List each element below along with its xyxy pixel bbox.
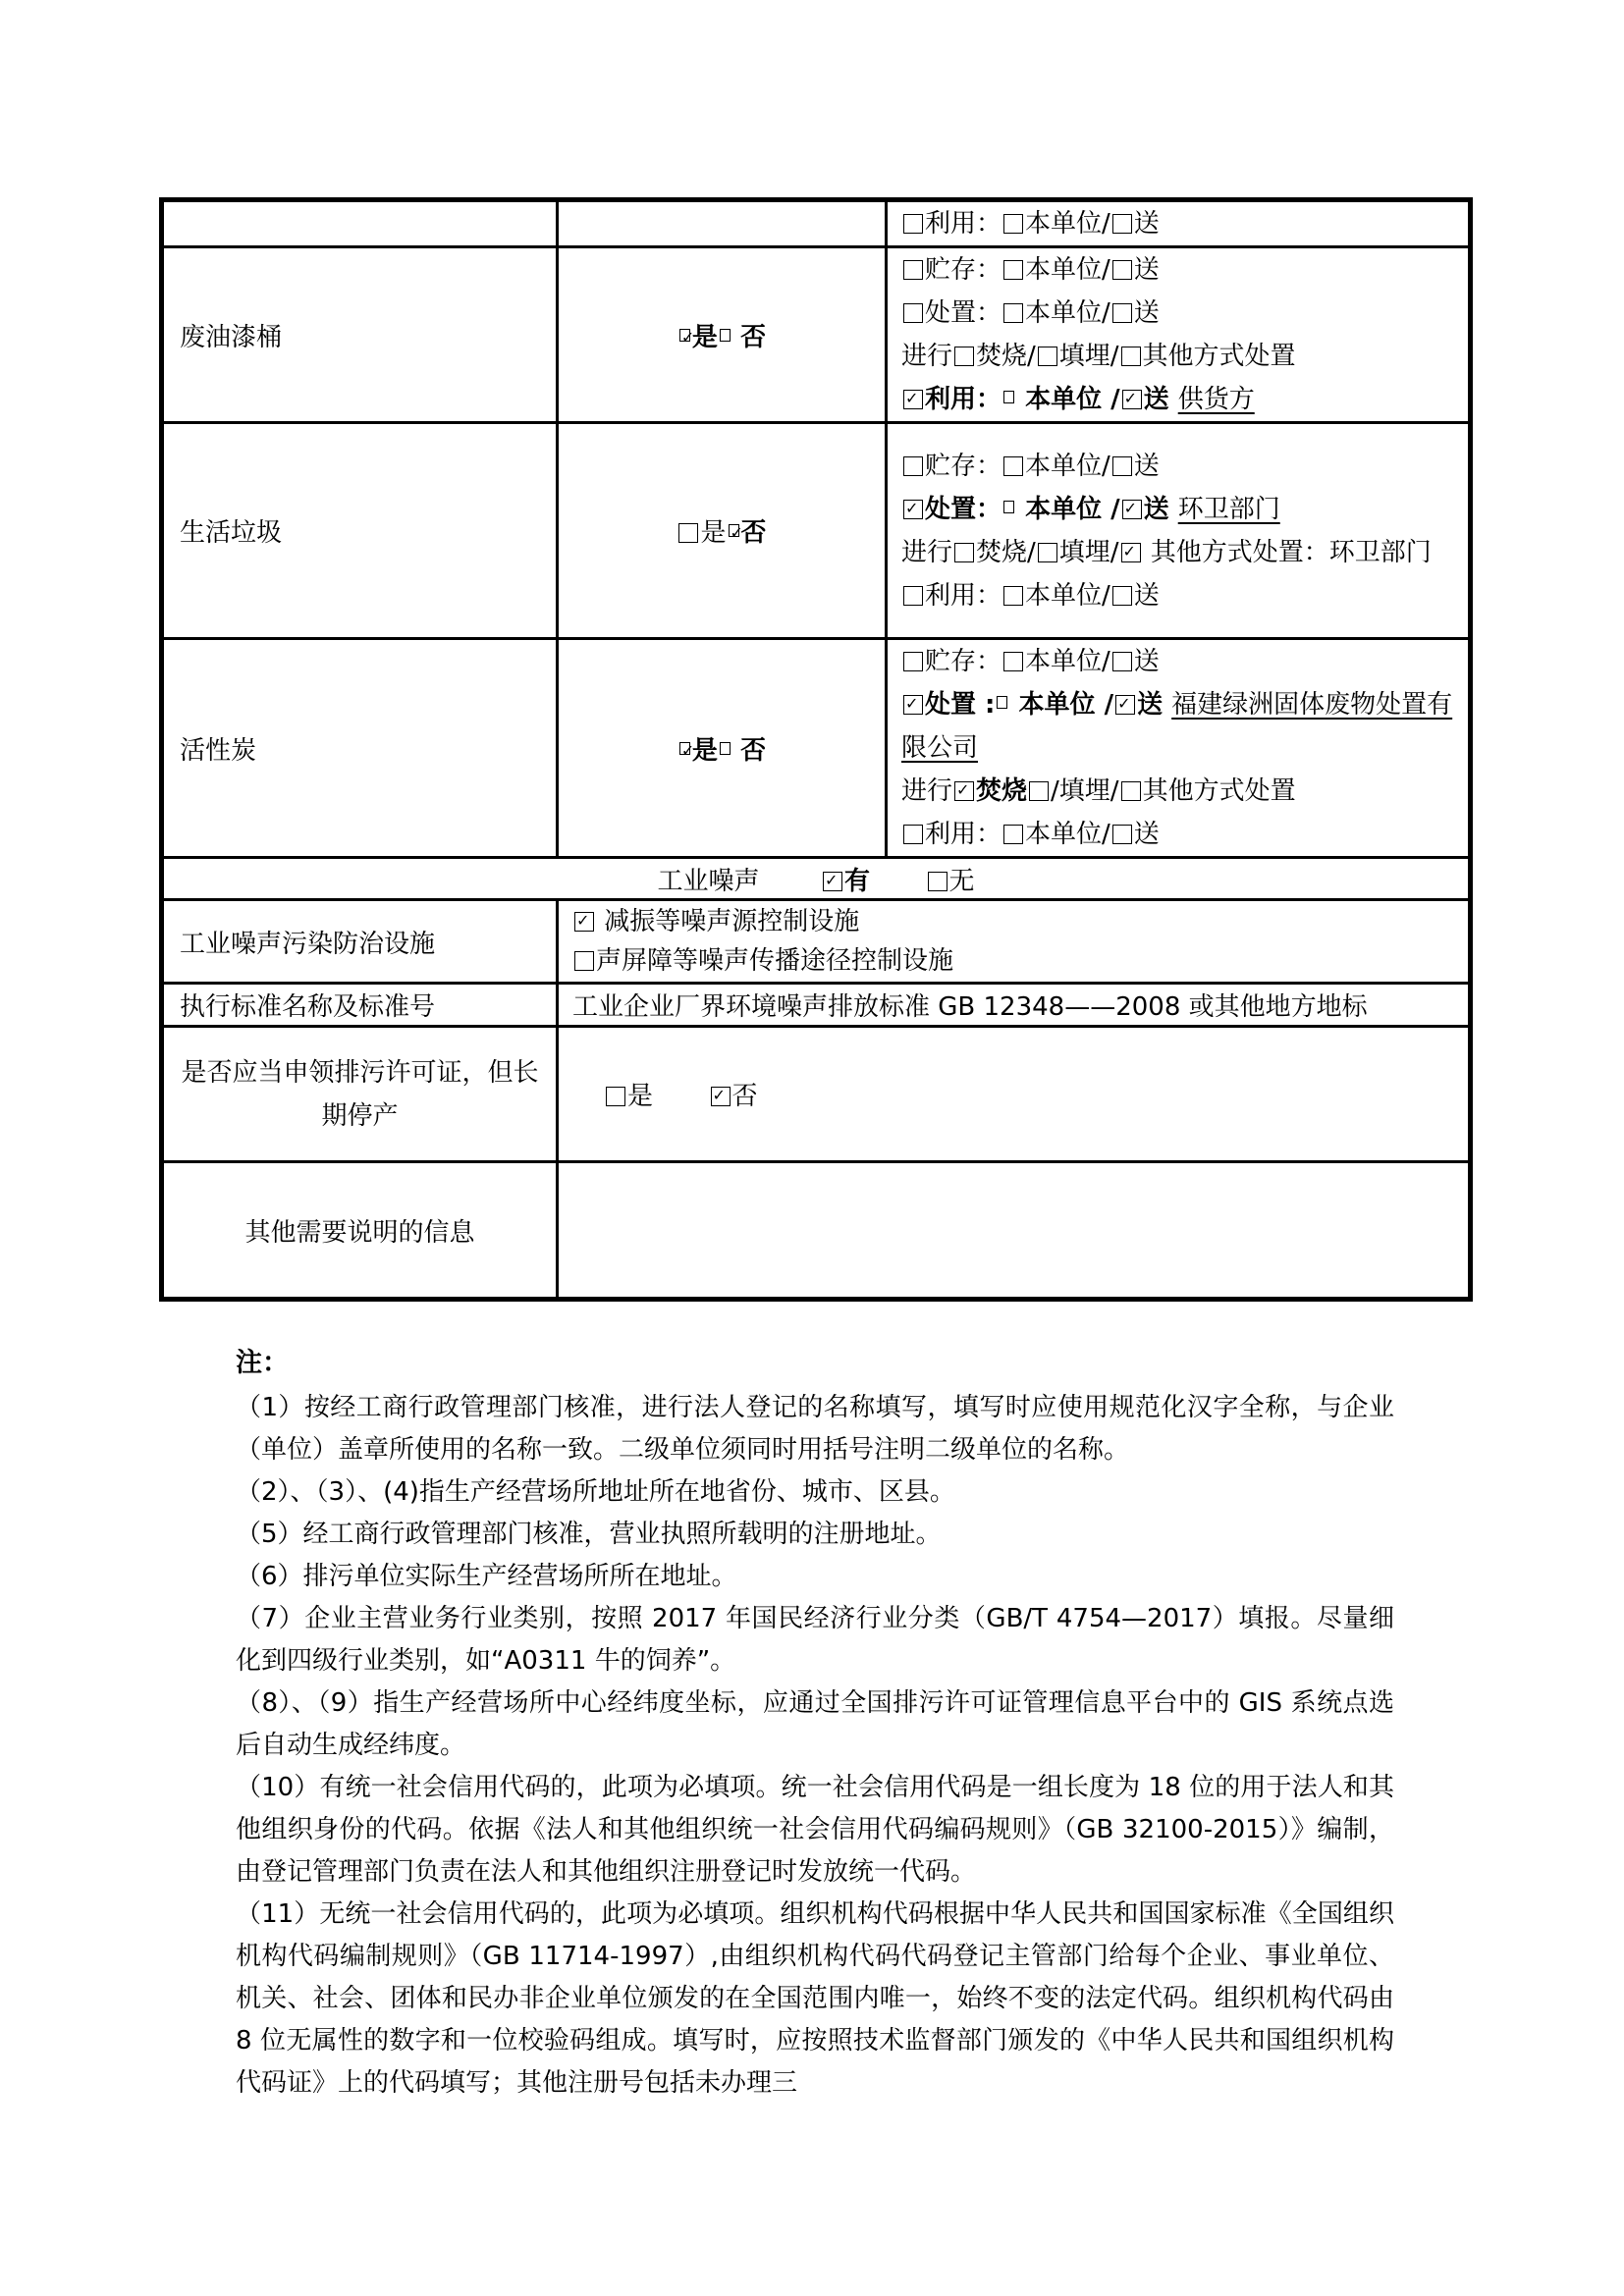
other-info-value[interactable] bbox=[558, 1162, 1471, 1300]
note-item: （11）无统一社会信用代码的，此项为必填项。组织机构代码根据中华人民共和国国家标… bbox=[236, 1894, 1394, 2105]
dispose-checkbox[interactable] bbox=[903, 695, 923, 715]
waste-name: 废油漆桶 bbox=[162, 247, 558, 423]
storage-line: 贮存：本单位/送 bbox=[888, 640, 1468, 683]
self-checkbox[interactable] bbox=[1003, 501, 1014, 513]
incinerate-checkbox[interactable] bbox=[954, 347, 974, 366]
self-checkbox[interactable] bbox=[1003, 652, 1023, 671]
other-method-checkbox[interactable] bbox=[1121, 543, 1141, 562]
landfill-checkbox[interactable] bbox=[1029, 781, 1049, 801]
no-checkbox[interactable] bbox=[720, 329, 731, 342]
table-row-activated-carbon: 活性炭 是 否 贮存：本单位/送 处置 : 本单位 /送 福建绿洲固体废物处置有… bbox=[162, 639, 1471, 858]
note-item: （10）有统一社会信用代码的，此项为必填项。统一社会信用代码是一组长度为 18 … bbox=[236, 1767, 1394, 1894]
utilize-line: 利用： 本单位 /送 供货方 bbox=[888, 378, 1468, 421]
dispose-checkbox[interactable] bbox=[903, 500, 923, 519]
incinerate-checkbox[interactable] bbox=[954, 781, 974, 801]
self-checkbox[interactable] bbox=[1003, 260, 1023, 280]
other-info-row: 其他需要说明的信息 bbox=[162, 1162, 1471, 1300]
noise-facilities-label: 工业噪声污染防治设施 bbox=[162, 900, 558, 984]
standard-row: 执行标准名称及标准号 工业企业厂界环境噪声排放标准 GB 12348——2008… bbox=[162, 984, 1471, 1027]
table-row-domestic-waste: 生活垃圾 是否 贮存：本单位/送 处置： 本单位 /送 环卫部门 进行焚烧/填埋… bbox=[162, 423, 1471, 639]
send-checkbox[interactable] bbox=[1115, 695, 1135, 715]
landfill-checkbox[interactable] bbox=[1038, 347, 1057, 366]
yes-checkbox[interactable] bbox=[679, 329, 690, 342]
permit-stopped-label: 是否应当申领排污许可证，但长期停产 bbox=[162, 1027, 558, 1162]
self-checkbox[interactable] bbox=[1003, 391, 1014, 403]
yes-checkbox[interactable] bbox=[678, 523, 698, 543]
send-checkbox[interactable] bbox=[1122, 500, 1142, 519]
note-item: （5）经工商行政管理部门核准，营业执照所载明的注册地址。 bbox=[236, 1514, 1394, 1556]
facility-option-source-control: 减振等噪声源控制设施 bbox=[572, 902, 1468, 941]
self-checkbox[interactable] bbox=[1003, 825, 1023, 844]
landfill-checkbox[interactable] bbox=[1038, 543, 1057, 562]
other-method-checkbox[interactable] bbox=[1121, 781, 1141, 801]
utilize-line: 利用：本单位/送 bbox=[888, 813, 1468, 856]
send-checkbox[interactable] bbox=[1112, 825, 1132, 844]
disposal-cell: 贮存：本单位/送 处置 : 本单位 /送 福建绿洲固体废物处置有限公司 进行焚烧… bbox=[887, 639, 1471, 858]
note-item: （7）企业主营业务行业类别，按照 2017 年国民经济行业分类（GB/T 475… bbox=[236, 1598, 1394, 1682]
permit-no-checkbox[interactable] bbox=[711, 1087, 731, 1106]
hazardous-choice: 是 否 bbox=[558, 639, 887, 858]
send-target: 供货方 bbox=[1178, 385, 1255, 414]
no-checkbox[interactable] bbox=[729, 524, 739, 537]
dispose-line: 处置：本单位/送 bbox=[888, 292, 1468, 335]
utilize-line: 利用：本单位/送 bbox=[888, 574, 1468, 617]
note-item: （6）排污单位实际生产经营场所所在地址。 bbox=[236, 1556, 1394, 1598]
hazardous-choice: 是 否 bbox=[558, 247, 887, 423]
storage-checkbox[interactable] bbox=[903, 456, 923, 476]
no-checkbox[interactable] bbox=[720, 742, 731, 755]
permit-stopped-choice: 是 否 bbox=[558, 1027, 1471, 1162]
notes-title: 注： bbox=[236, 1340, 1394, 1387]
utilize-checkbox[interactable] bbox=[903, 390, 923, 409]
other-method-checkbox[interactable] bbox=[1121, 347, 1141, 366]
storage-line: 贮存：本单位/送 bbox=[888, 445, 1468, 488]
empty-cell bbox=[558, 200, 887, 247]
table-row: 利用：本单位/送 bbox=[162, 200, 1471, 247]
send-checkbox[interactable] bbox=[1112, 214, 1132, 234]
self-checkbox[interactable] bbox=[1003, 586, 1023, 606]
method-line: 进行焚烧/填埋/其他方式处置 bbox=[888, 770, 1468, 813]
storage-checkbox[interactable] bbox=[903, 260, 923, 280]
waste-name: 生活垃圾 bbox=[162, 423, 558, 639]
dispose-checkbox[interactable] bbox=[903, 303, 923, 323]
noise-facilities-row: 工业噪声污染防治设施 减振等噪声源控制设施 声屏障等噪声传播途径控制设施 bbox=[162, 900, 1471, 984]
self-checkbox[interactable] bbox=[1003, 456, 1023, 476]
table-row-waste-paint-bucket: 废油漆桶 是 否 贮存：本单位/送 处置：本单位/送 进行焚烧/填埋/其他方式处… bbox=[162, 247, 1471, 423]
noise-yes-checkbox[interactable] bbox=[823, 872, 842, 891]
empty-cell bbox=[162, 200, 558, 247]
utilize-line: 利用：本单位/送 bbox=[888, 202, 1468, 245]
standard-value: 工业企业厂界环境噪声排放标准 GB 12348——2008 或其他地方地标 bbox=[558, 984, 1471, 1027]
waste-noise-form-table: 利用：本单位/送 废油漆桶 是 否 贮存：本单位/送 处置：本单位/送 进行焚烧… bbox=[159, 197, 1473, 1302]
hazardous-choice: 是否 bbox=[558, 423, 887, 639]
noise-header-row: 工业噪声 有 无 bbox=[162, 858, 1471, 900]
noise-header: 工业噪声 有 无 bbox=[162, 858, 1471, 900]
send-checkbox[interactable] bbox=[1112, 586, 1132, 606]
notes-section: 注： （1）按经工商行政管理部门核准，进行法人登记的名称填写，填写时应使用规范化… bbox=[236, 1340, 1394, 2105]
send-checkbox[interactable] bbox=[1112, 260, 1132, 280]
storage-line: 贮存：本单位/送 bbox=[888, 248, 1468, 292]
storage-checkbox[interactable] bbox=[903, 652, 923, 671]
yes-checkbox[interactable] bbox=[679, 742, 690, 755]
other-info-label: 其他需要说明的信息 bbox=[162, 1162, 558, 1300]
permit-stopped-row: 是否应当申领排污许可证，但长期停产 是 否 bbox=[162, 1027, 1471, 1162]
dispose-line: 处置 : 本单位 /送 福建绿洲固体废物处置有限公司 bbox=[888, 683, 1468, 770]
self-checkbox[interactable] bbox=[1003, 303, 1023, 323]
disposal-cell: 贮存：本单位/送 处置： 本单位 /送 环卫部门 进行焚烧/填埋/ 其他方式处置… bbox=[887, 423, 1471, 639]
self-checkbox[interactable] bbox=[997, 696, 1007, 709]
send-checkbox[interactable] bbox=[1112, 303, 1132, 323]
utilize-checkbox[interactable] bbox=[903, 214, 923, 234]
permit-yes-checkbox[interactable] bbox=[606, 1087, 625, 1106]
send-checkbox[interactable] bbox=[1112, 456, 1132, 476]
send-checkbox[interactable] bbox=[1122, 390, 1142, 409]
note-item: （2）、（3）、(4)指生产经营场所地址所在地省份、城市、区县。 bbox=[236, 1471, 1394, 1514]
disposal-cell: 贮存：本单位/送 处置：本单位/送 进行焚烧/填埋/其他方式处置 利用： 本单位… bbox=[887, 247, 1471, 423]
note-item: （8）、（9）指生产经营场所中心经纬度坐标，应通过全国排污许可证管理信息平台中的… bbox=[236, 1682, 1394, 1767]
send-target: 环卫部门 bbox=[1178, 495, 1280, 524]
source-control-checkbox[interactable] bbox=[574, 912, 594, 932]
facility-option-path-control: 声屏障等噪声传播途径控制设施 bbox=[572, 941, 1468, 981]
standard-label: 执行标准名称及标准号 bbox=[162, 984, 558, 1027]
method-line: 进行焚烧/填埋/其他方式处置 bbox=[888, 335, 1468, 378]
incinerate-checkbox[interactable] bbox=[954, 543, 974, 562]
path-control-checkbox[interactable] bbox=[574, 951, 594, 971]
noise-facilities-options: 减振等噪声源控制设施 声屏障等噪声传播途径控制设施 bbox=[558, 900, 1471, 984]
method-line: 进行焚烧/填埋/ 其他方式处置：环卫部门 bbox=[888, 531, 1468, 574]
dispose-line: 处置： 本单位 /送 环卫部门 bbox=[888, 488, 1468, 531]
disposal-cell: 利用：本单位/送 bbox=[887, 200, 1471, 247]
send-checkbox[interactable] bbox=[1112, 652, 1132, 671]
note-item: （1）按经工商行政管理部门核准，进行法人登记的名称填写，填写时应使用规范化汉字全… bbox=[236, 1387, 1394, 1471]
utilize-checkbox[interactable] bbox=[903, 825, 923, 844]
noise-no-checkbox[interactable] bbox=[928, 872, 947, 891]
waste-name: 活性炭 bbox=[162, 639, 558, 858]
utilize-checkbox[interactable] bbox=[903, 586, 923, 606]
document-page: 利用：本单位/送 废油漆桶 是 否 贮存：本单位/送 处置：本单位/送 进行焚烧… bbox=[0, 0, 1624, 2296]
self-checkbox[interactable] bbox=[1003, 214, 1023, 234]
